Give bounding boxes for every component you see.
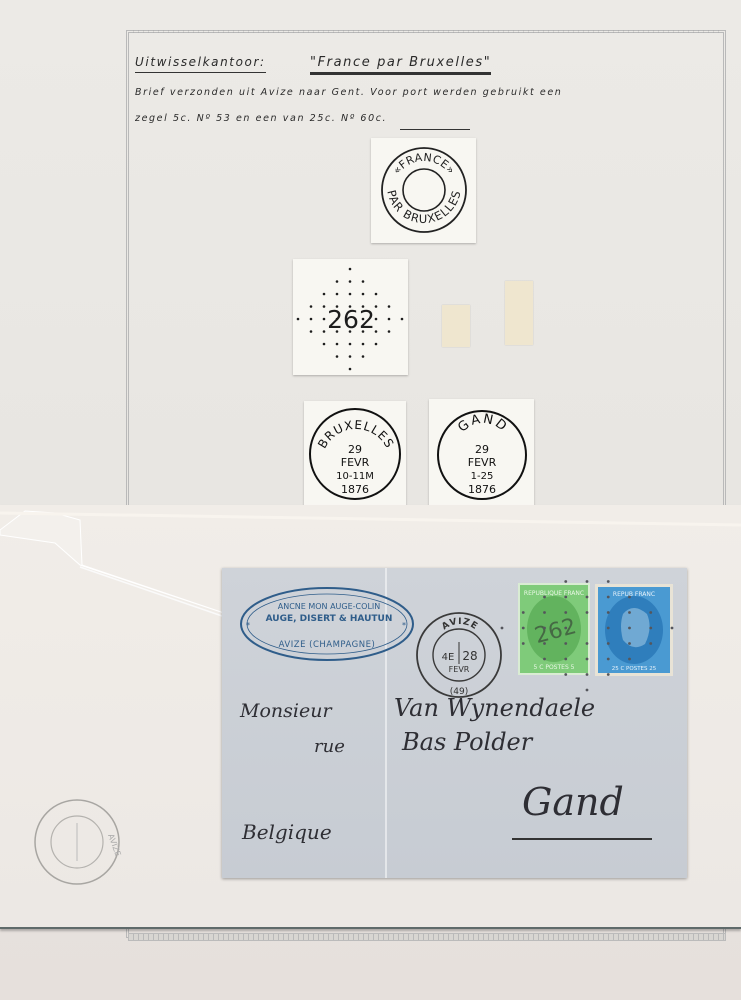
title-value: "France par Bruxelles" bbox=[310, 55, 491, 75]
exchange-mark-icon: «FRANCE» PAR BRUXELLES bbox=[371, 138, 476, 243]
svg-text:1876: 1876 bbox=[468, 483, 496, 496]
svg-text:4E: 4E bbox=[442, 652, 455, 663]
back-postmark-icon: AVIZE bbox=[30, 795, 125, 890]
address-line1a: Monsieur bbox=[240, 700, 332, 722]
bruxelles-postmark-icon: BRUXELLES 29 FEVR 10-11M 1876 bbox=[304, 401, 406, 507]
title-label: Uitwisselkantoor: bbox=[135, 55, 266, 73]
address-city: Gand bbox=[522, 780, 624, 824]
svg-text:*: * bbox=[246, 621, 250, 630]
svg-text:FEVR: FEVR bbox=[341, 456, 370, 469]
album-page: Uitwisselkantoor: "France par Bruxelles"… bbox=[0, 0, 741, 1000]
svg-text:28: 28 bbox=[462, 649, 477, 663]
description-line-1: Brief verzonden uit Avize naar Gent. Voo… bbox=[135, 87, 562, 98]
svg-text:25 C POSTES 25: 25 C POSTES 25 bbox=[612, 666, 657, 672]
avize-postmark-icon: AVIZE 4E 28 FEVR (49) bbox=[414, 608, 504, 702]
stamp-25c-blue: REPUB FRANC 25 C POSTES 25 bbox=[595, 584, 673, 676]
city-underline bbox=[512, 838, 652, 840]
stamp-hinge bbox=[505, 281, 533, 345]
svg-text:AUGE, DISERT & HAUTUN: AUGE, DISERT & HAUTUN bbox=[266, 614, 393, 624]
diamond-dots-icon: 262 bbox=[293, 259, 408, 375]
svg-text:AVIZE: AVIZE bbox=[440, 617, 479, 632]
svg-text:REPUBLIQUE FRANC: REPUBLIQUE FRANC bbox=[524, 590, 584, 597]
address-line2a: rue bbox=[314, 736, 345, 757]
card-gand-cds: GAND 29 FEVR 1-25 1876 bbox=[429, 399, 534, 509]
svg-text:10-11M: 10-11M bbox=[336, 471, 374, 482]
address-line1b: Van Wynendaele bbox=[394, 694, 595, 722]
svg-text:*: * bbox=[402, 621, 406, 630]
stamp-5c-green: REPUBLIQUE FRANC 5 C POSTES 5 262 bbox=[518, 583, 590, 675]
underline bbox=[400, 129, 470, 130]
svg-text:AVIZE (CHAMPAGNE): AVIZE (CHAMPAGNE) bbox=[279, 640, 376, 650]
svg-text:29: 29 bbox=[348, 443, 362, 456]
gand-postmark-icon: GAND 29 FEVR 1-25 1876 bbox=[429, 399, 534, 509]
card-bruxelles-cds: BRUXELLES 29 FEVR 10-11M 1876 bbox=[304, 401, 406, 507]
card-exchange-mark: «FRANCE» PAR BRUXELLES bbox=[371, 138, 476, 243]
card-numeral-cancel: 262 bbox=[293, 259, 408, 375]
svg-text:262: 262 bbox=[327, 305, 375, 334]
svg-text:AVIZE: AVIZE bbox=[106, 833, 122, 858]
stamp-hinge bbox=[442, 305, 470, 347]
svg-text:FEVR: FEVR bbox=[468, 456, 497, 469]
svg-text:1876: 1876 bbox=[341, 483, 369, 496]
address-line2b: Bas Polder bbox=[402, 728, 532, 756]
description-line-2: zegel 5c. Nº 53 en een van 25c. Nº 60c. bbox=[135, 113, 387, 124]
folded-letter: ANCNE MON AUGE-COLIN AUGE, DISERT & HAUT… bbox=[222, 568, 687, 878]
svg-text:FEVR: FEVR bbox=[449, 665, 470, 674]
svg-text:1-25: 1-25 bbox=[471, 471, 494, 482]
page-bottom-border bbox=[128, 933, 726, 941]
sender-cachet-icon: ANCNE MON AUGE-COLIN AUGE, DISERT & HAUT… bbox=[237, 584, 417, 664]
svg-text:29: 29 bbox=[475, 443, 489, 456]
svg-text:5 C POSTES 5: 5 C POSTES 5 bbox=[534, 664, 575, 671]
svg-text:ANCNE MON AUGE-COLIN: ANCNE MON AUGE-COLIN bbox=[278, 602, 381, 611]
page-header: Uitwisselkantoor: "France par Bruxelles"… bbox=[135, 55, 715, 79]
svg-text:REPUB FRANC: REPUB FRANC bbox=[613, 591, 655, 598]
address-country: Belgique bbox=[242, 820, 332, 844]
